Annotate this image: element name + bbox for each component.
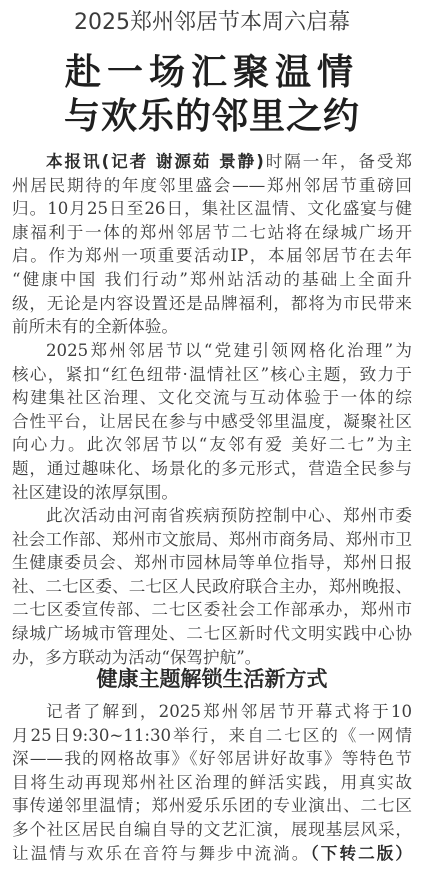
paragraph-line: 社会工作部、郑州市文旅局、郑州市商务局、郑州市卫 [12,528,412,552]
paragraph-line: 启。作为郑州一项重要活动IP，本届邻居节在去年 [12,244,412,268]
paragraph-line: 归。10月25日至26日，集社区温情、文化盛宴与健 [12,197,412,221]
paragraph-line: 题，通过趣味化、场景化的多元形式，营造全民参与 [12,457,412,481]
paragraph-line: “健康中国 我们行动”郑州站活动的基础上全面升 [12,268,412,292]
headline-line-1: 赴一场汇聚温情 [0,52,424,94]
paragraph-4: 记者了解到，2025郑州邻居节开幕式将于10 月25日9:30~11:30举行，… [12,700,412,865]
paragraph-3: 此次活动由河南省疾病预防控制中心、郑州市委 社会工作部、郑州市文旅局、郑州市商务… [12,504,412,669]
paragraph-line: 让温情与欢乐在音符与舞步中流淌。（下转二版） [12,842,412,866]
paragraph-line: 记者了解到，2025郑州邻居节开幕式将于10 [12,700,412,724]
paragraph-line: 级，无论是内容设置还是品牌福利，都将为市民带来 [12,292,412,316]
paragraph-line: 二七区委宣传部、二七区委社会工作部承办，郑州市 [12,598,412,622]
paragraph-line: 多个社区居民自编自导的文艺汇演，展现基层风采， [12,818,412,842]
paragraph-line: 州居民期待的年度邻里盛会——郑州邻居节重磅回 [12,174,412,198]
paragraph-line: 核心，紧扣“红色纽带·温情社区”核心主题，致力于 [12,363,412,387]
paragraph-line: 深——我的网格故事》《好邻居讲好故事》等特色节 [12,747,412,771]
paragraph-line: 此次活动由河南省疾病预防控制中心、郑州市委 [12,504,412,528]
section-subheading: 健康主题解锁生活新方式 [0,664,424,694]
byline: 本报讯(记者 谢源茹 景静) [46,152,264,171]
paragraph-line: 社、二七区委、二七区人民政府联合主办，郑州晚报、 [12,575,412,599]
paragraph-line: 本报讯(记者 谢源茹 景静)时隔一年，备受郑 [12,150,412,174]
paragraph-line: 2025郑州邻居节以“党建引领网格化治理”为 [12,339,412,363]
paragraph-1: 本报讯(记者 谢源茹 景静)时隔一年，备受郑 州居民期待的年度邻里盛会——郑州邻… [12,150,412,339]
paragraph-line: 事传递邻里温情；郑州爱乐乐团的专业演出、二七区 [12,794,412,818]
paragraph-line: 前所未有的全新体验。 [12,315,412,339]
article-kicker: 2025郑州邻居节本周六启幕 [0,8,424,38]
paragraph-line: 社区建设的浓厚氛围。 [12,481,412,505]
paragraph-line: 月25日9:30~11:30举行，来自二七区的《一网情 [12,724,412,748]
paragraph-line: 生健康委员会、郑州市园林局等单位指导，郑州日报 [12,551,412,575]
continued-note: （下转二版） [310,844,412,863]
headline-line-2: 与欢乐的邻里之约 [0,96,424,138]
paragraph-line: 构建集社区治理、文化交流与互动体验于一体的综 [12,386,412,410]
paragraph-line: 康福利于一体的郑州邻居节二七站将在绿城广场开 [12,221,412,245]
paragraph-line: 合性平台，让居民在参与中感受邻里温度，凝聚社区 [12,410,412,434]
paragraph-line: 向心力。此次邻居节以“友邻有爱 美好二七”为主 [12,433,412,457]
newspaper-page: 2025郑州邻居节本周六启幕 赴一场汇聚温情 与欢乐的邻里之约 本报讯(记者 谢… [0,0,424,876]
paragraph-line: 绿城广场城市管理处、二七区新时代文明实践中心协 [12,622,412,646]
paragraph-line: 目将生动再现郑州社区治理的鲜活实践，用真实故 [12,771,412,795]
paragraph-2: 2025郑州邻居节以“党建引领网格化治理”为 核心，紧扣“红色纽带·温情社区”核… [12,339,412,504]
